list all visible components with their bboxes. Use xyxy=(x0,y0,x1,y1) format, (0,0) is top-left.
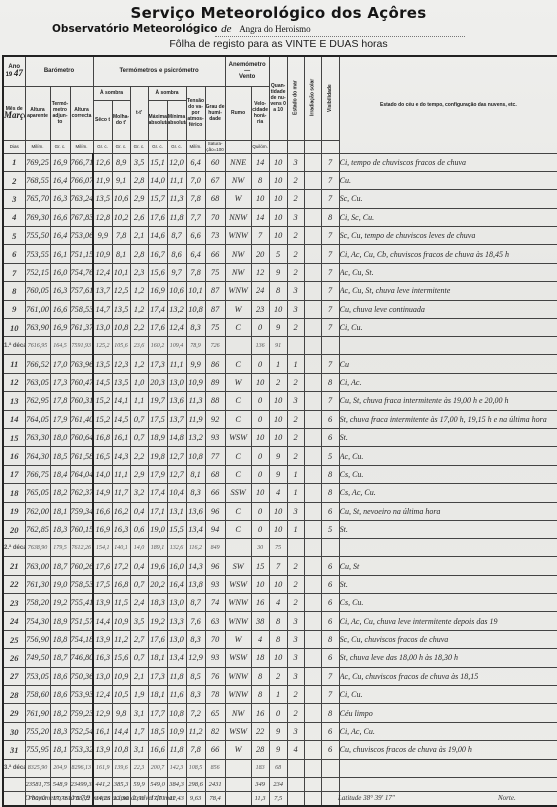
cell-irr xyxy=(304,575,321,593)
cell-seco: 154,1 xyxy=(93,539,112,557)
cell-alt: 8325,90 xyxy=(25,759,50,777)
cell-nuv: 10 xyxy=(269,171,287,189)
cell-corr: 760,26 xyxy=(70,557,93,575)
cell-molh: 8,9 xyxy=(112,153,130,171)
cell-irr xyxy=(304,667,321,685)
cell-vis: 5 xyxy=(321,447,339,465)
cell-tens: 13,6 xyxy=(186,502,205,520)
cell-vel: 20 xyxy=(251,245,269,263)
cell-seco: 13,9 xyxy=(93,741,112,759)
cell-mar: 2 xyxy=(287,447,304,465)
cell-alt: 23581,75 xyxy=(25,777,50,791)
cell-alt: 762,00 xyxy=(25,502,50,520)
cell-corr: 762,37 xyxy=(70,484,93,502)
cell-diff: 1,2 xyxy=(130,355,148,373)
sea-state-header: Estado do mar xyxy=(287,56,304,140)
cell-term: 16,9 xyxy=(50,319,70,337)
cell-molh: 11,1 xyxy=(112,465,130,483)
cell-hum: 2431 xyxy=(205,777,225,791)
table-row: 11766,5217,0763,9613,512,31,217,311,19,9… xyxy=(3,355,557,373)
cell-irr xyxy=(304,465,321,483)
cell-hum: 74 xyxy=(205,594,225,612)
cell-vis: 7 xyxy=(321,190,339,208)
cell-min: 13,6 xyxy=(167,392,186,410)
cell-alt: 763,90 xyxy=(25,319,50,337)
cell-diff: 0,4 xyxy=(130,502,148,520)
cell-corr: 760,64 xyxy=(70,428,93,446)
cell-rumo xyxy=(225,337,251,355)
cell-vis: 7 xyxy=(321,392,339,410)
cell-max: 14,6 xyxy=(148,227,167,245)
cell-hum: 88 xyxy=(205,392,225,410)
cell-seco: 125,2 xyxy=(93,337,112,355)
cell-vel: 0 xyxy=(251,447,269,465)
cell-vis xyxy=(321,759,339,777)
cell-rumo: WNW xyxy=(225,282,251,300)
max-header: Máxima absoluta xyxy=(148,100,167,140)
cell-min: 12,0 xyxy=(167,153,186,171)
observation-rows: 1769,2516,9766,7112,68,93,515,112,06,460… xyxy=(3,153,557,806)
cell-alt: 769,25 xyxy=(25,153,50,171)
cell-nuv: 7 xyxy=(269,557,287,575)
cell-seco: 15,2 xyxy=(93,410,112,428)
sky-description: Cu, St, nevoeiro na última hora xyxy=(339,502,557,520)
cell-alt: 761,00 xyxy=(25,300,50,318)
cell-vis xyxy=(321,539,339,557)
cell-diff: 59,9 xyxy=(130,777,148,791)
sum-label xyxy=(3,777,25,791)
cell-hum: 82 xyxy=(205,722,225,740)
cell-tens: 7,0 xyxy=(186,171,205,189)
cell-hum: 96 xyxy=(205,557,225,575)
cell-term: 18,5 xyxy=(50,447,70,465)
observatory-label: Observatório Meteorológico xyxy=(52,23,217,35)
month-cell: Mês deMarço xyxy=(3,86,25,140)
cell-nuv: 7,5 xyxy=(269,791,287,806)
cell-vis: 6 xyxy=(321,741,339,759)
cell-alt: 755,95 xyxy=(25,741,50,759)
unit-cell: Gr. c. xyxy=(112,140,130,153)
cell-vel: 349 xyxy=(251,777,269,791)
sky-description: Sc, Cu. xyxy=(339,190,557,208)
cell-mar: 2 xyxy=(287,227,304,245)
cell-diff: 1,2 xyxy=(130,282,148,300)
cell-seco: 12,8 xyxy=(93,208,112,226)
cell-max: 17,7 xyxy=(148,704,167,722)
table-row: 5755,5016,4753,069,97,82,114,68,76,673WN… xyxy=(3,227,557,245)
table-row: 14764,0517,9761,4015,214,50,717,513,711,… xyxy=(3,410,557,428)
cell-diff: 2,4 xyxy=(130,594,148,612)
cell-term: 16,3 xyxy=(50,282,70,300)
cell-tens: 7,8 xyxy=(186,190,205,208)
cell-vel: 11,3 xyxy=(251,791,269,806)
latitude-direction: Norte. xyxy=(498,794,516,802)
cell-vel: 8 xyxy=(251,171,269,189)
cell-max: 20,2 xyxy=(148,575,167,593)
day-number: 27 xyxy=(3,667,25,685)
cell-alt: 755,50 xyxy=(25,227,50,245)
shade-header-1: À sombra xyxy=(93,86,130,100)
cell-rumo: W xyxy=(225,300,251,318)
sky-description: Ac, Cu. xyxy=(339,447,557,465)
cell-nuv: 10 xyxy=(269,649,287,667)
cell-nuv: 8 xyxy=(269,630,287,648)
cell-vis: 8 xyxy=(321,373,339,391)
cell-molh: 11,5 xyxy=(112,594,130,612)
cell-corr: 7591,93 xyxy=(70,337,93,355)
cell-corr: 760,47 xyxy=(70,373,93,391)
cell-nuv: 10 xyxy=(269,428,287,446)
cell-corr: 760,15 xyxy=(70,520,93,538)
cell-term: 18,3 xyxy=(50,722,70,740)
cell-max: 17,3 xyxy=(148,667,167,685)
wind-speed-header: Velo-cidade horá-ria xyxy=(251,86,269,140)
sky-description xyxy=(339,337,557,355)
cell-seco: 17,5 xyxy=(93,575,112,593)
cell-nuv: 9 xyxy=(269,741,287,759)
cell-nuv: 91 xyxy=(269,337,287,355)
sky-description: St, chuva fraca intermitente às 17,00 h,… xyxy=(339,410,557,428)
cell-min: 11,8 xyxy=(167,208,186,226)
cell-mar: 3 xyxy=(287,667,304,685)
cell-vel: 10 xyxy=(251,484,269,502)
cell-molh: 16,3 xyxy=(112,520,130,538)
cell-max: 20,3 xyxy=(148,373,167,391)
cell-rumo xyxy=(225,759,251,777)
cell-vis: 7 xyxy=(321,282,339,300)
cell-min: 9,7 xyxy=(167,263,186,281)
cell-vis xyxy=(321,791,339,806)
unit-cell: Gr. c. xyxy=(167,140,186,153)
sky-description: Cu, St xyxy=(339,557,557,575)
cell-seco: 14,4 xyxy=(93,612,112,630)
cell-seco: 12,4 xyxy=(93,686,112,704)
cell-mar: 2 xyxy=(287,245,304,263)
cell-corr: 8296,13 xyxy=(70,759,93,777)
unit-cell xyxy=(321,140,339,153)
cell-max: 17,1 xyxy=(148,502,167,520)
cell-vel: 24 xyxy=(251,282,269,300)
cell-term: 18,6 xyxy=(50,686,70,704)
cell-vis: 7 xyxy=(321,319,339,337)
cell-vel: 136 xyxy=(251,337,269,355)
observation-table: Ano 19 47 Barómetro Termómetros e psicró… xyxy=(2,55,557,807)
cell-molh: 16,1 xyxy=(112,428,130,446)
cell-mar: 2 xyxy=(287,263,304,281)
cell-corr: 758,53 xyxy=(70,300,93,318)
cell-seco: 14,0 xyxy=(93,465,112,483)
cell-molh: 9,1 xyxy=(112,171,130,189)
sky-description: Ci, tempo de chuviscos fracos de chuva xyxy=(339,153,557,171)
cell-nuv: 234 xyxy=(269,777,287,791)
cell-corr: 755,41 xyxy=(70,594,93,612)
cell-irr xyxy=(304,557,321,575)
cell-vis: 6 xyxy=(321,557,339,575)
cell-diff: 2,2 xyxy=(130,447,148,465)
cell-vis xyxy=(321,777,339,791)
table-row: 9761,0016,6758,5314,713,51,217,413,210,8… xyxy=(3,300,557,318)
cell-vel: 0 xyxy=(251,410,269,428)
cell-vis: 8 xyxy=(321,704,339,722)
cell-vis: 6 xyxy=(321,502,339,520)
cell-alt: 763,05 xyxy=(25,373,50,391)
cell-min: 11,6 xyxy=(167,686,186,704)
cell-mar xyxy=(287,337,304,355)
decade-summary-row: 2.ª década7638,90179,57612,26154,1140,11… xyxy=(3,539,557,557)
sky-description: Cu xyxy=(339,355,557,373)
day-number: 23 xyxy=(3,594,25,612)
cell-tens: 10,8 xyxy=(186,300,205,318)
cell-alt: 764,05 xyxy=(25,410,50,428)
day-number: 6 xyxy=(3,245,25,263)
cell-min: 8,7 xyxy=(167,227,186,245)
day-number: 21 xyxy=(3,557,25,575)
cell-vel: 8 xyxy=(251,686,269,704)
clouds-header: Quan-tidade de nu-vens 0 a 10 xyxy=(269,56,287,140)
cell-irr xyxy=(304,171,321,189)
cell-corr: 754,76 xyxy=(70,263,93,281)
cell-diff: 2,8 xyxy=(130,245,148,263)
cell-mar: 3 xyxy=(287,282,304,300)
wet-header: Molha-do t' xyxy=(112,100,130,140)
cell-nuv: 1 xyxy=(269,686,287,704)
cell-seco: 12,4 xyxy=(93,263,112,281)
cell-hum: 67 xyxy=(205,171,225,189)
cell-vis: 6 xyxy=(321,722,339,740)
cell-min: 109,4 xyxy=(167,337,186,355)
cell-max: 19,6 xyxy=(148,557,167,575)
cell-max: 15,6 xyxy=(148,263,167,281)
cell-rumo: NW xyxy=(225,245,251,263)
cell-vel: 4 xyxy=(251,630,269,648)
cell-tens: 11,3 xyxy=(186,392,205,410)
cell-diff: 1,7 xyxy=(130,722,148,740)
cell-hum: 73 xyxy=(205,227,225,245)
day-number: 9 xyxy=(3,300,25,318)
cell-irr xyxy=(304,502,321,520)
day-number: 16 xyxy=(3,447,25,465)
cell-vis: 7 xyxy=(321,263,339,281)
cell-mar: 3 xyxy=(287,153,304,171)
cell-diff: 0,7 xyxy=(130,575,148,593)
cell-alt: 760,05 xyxy=(25,282,50,300)
cell-max: 18,3 xyxy=(148,594,167,612)
cell-rumo: SSW xyxy=(225,484,251,502)
table-row: 20762,8518,3760,1516,916,30,619,015,513,… xyxy=(3,520,557,538)
cell-max: 189,1 xyxy=(148,539,167,557)
cell-seco: 16,8 xyxy=(93,428,112,446)
cell-mar: 3 xyxy=(287,208,304,226)
cell-vel: 12 xyxy=(251,263,269,281)
cell-irr xyxy=(304,686,321,704)
cell-max: 19,8 xyxy=(148,447,167,465)
cell-diff: 2,7 xyxy=(130,630,148,648)
cell-vis: 7 xyxy=(321,300,339,318)
min-header: Mínima absoluta xyxy=(167,100,186,140)
cell-max: 17,6 xyxy=(148,630,167,648)
cell-molh: 9,8 xyxy=(112,704,130,722)
cell-hum: 93 xyxy=(205,575,225,593)
cell-min: 13,3 xyxy=(167,612,186,630)
cell-nuv: 10 xyxy=(269,410,287,428)
sheet-subtitle: Fôlha de registo para as VINTE E DUAS ho… xyxy=(0,38,557,50)
cell-irr xyxy=(304,300,321,318)
cell-irr xyxy=(304,649,321,667)
cell-max: 19,0 xyxy=(148,520,167,538)
cell-mar: 2 xyxy=(287,410,304,428)
cell-hum: 70 xyxy=(205,208,225,226)
cell-max: 18,1 xyxy=(148,649,167,667)
day-number: 26 xyxy=(3,649,25,667)
sky-description: Ci, Ac, Cu, Cb, chuviscos fracos de chuv… xyxy=(339,245,557,263)
cell-hum: 856 xyxy=(205,759,225,777)
sky-description: Ci, Ac. xyxy=(339,373,557,391)
cell-term: 16,4 xyxy=(50,227,70,245)
cell-diff: 14,0 xyxy=(130,539,148,557)
decade-label: 3.ª década xyxy=(3,759,25,777)
cell-tens: 7,2 xyxy=(186,704,205,722)
cell-term: 18,7 xyxy=(50,557,70,575)
cell-diff: 3,1 xyxy=(130,741,148,759)
cell-nuv: 1 xyxy=(269,355,287,373)
cell-mar xyxy=(287,777,304,791)
cell-max: 200,7 xyxy=(148,759,167,777)
cell-rumo: NW xyxy=(225,171,251,189)
cell-tens: 9,9 xyxy=(186,355,205,373)
cell-tens: 10,8 xyxy=(186,447,205,465)
cell-max: 17,6 xyxy=(148,208,167,226)
cell-hum: 78,4 xyxy=(205,791,225,806)
year-cell: Ano 19 47 xyxy=(3,56,25,86)
sky-description: Ci, Cu. xyxy=(339,686,557,704)
cell-nuv: 10 xyxy=(269,502,287,520)
cell-irr xyxy=(304,263,321,281)
cell-term: 17,9 xyxy=(50,410,70,428)
cell-rumo xyxy=(225,791,251,806)
cell-min: 384,3 xyxy=(167,777,186,791)
cell-max: 17,4 xyxy=(148,484,167,502)
cell-term: 17,8 xyxy=(50,392,70,410)
cell-seco: 161,9 xyxy=(93,759,112,777)
cell-tens: 116,2 xyxy=(186,539,205,557)
cell-mar: 2 xyxy=(287,575,304,593)
cell-vis: 8 xyxy=(321,484,339,502)
cell-vel: 23 xyxy=(251,300,269,318)
cell-min: 13,4 xyxy=(167,649,186,667)
cell-tens: 10,1 xyxy=(186,282,205,300)
cell-rumo: WNW xyxy=(225,667,251,685)
cell-tens: 7,6 xyxy=(186,612,205,630)
cell-corr: 766,07 xyxy=(70,171,93,189)
table-row: 25756,9018,8754,1813,911,22,717,613,08,3… xyxy=(3,630,557,648)
cell-tens: 13,4 xyxy=(186,520,205,538)
cell-hum: 93 xyxy=(205,428,225,446)
cell-mar: 3 xyxy=(287,649,304,667)
cell-diff: 1,2 xyxy=(130,300,148,318)
cell-rumo: C xyxy=(225,319,251,337)
cell-min: 13,2 xyxy=(167,300,186,318)
day-number: 19 xyxy=(3,502,25,520)
table-row: 23758,2019,2755,4113,911,52,418,313,08,7… xyxy=(3,594,557,612)
cell-hum: 93 xyxy=(205,649,225,667)
cell-min: 13,0 xyxy=(167,594,186,612)
cell-vel: 0 xyxy=(251,319,269,337)
cell-term: 18,6 xyxy=(50,667,70,685)
sky-description: Cs, Ac, Cu. xyxy=(339,484,557,502)
cell-nuv: 10 xyxy=(269,392,287,410)
cell-seco: 16,6 xyxy=(93,502,112,520)
cell-max: 17,4 xyxy=(148,300,167,318)
cell-alt: 768,55 xyxy=(25,171,50,189)
cell-hum: 66 xyxy=(205,484,225,502)
cell-rumo: SW xyxy=(225,557,251,575)
cell-tens: 6,4 xyxy=(186,153,205,171)
cell-seco: 13,0 xyxy=(93,667,112,685)
cell-min: 11,8 xyxy=(167,741,186,759)
unit-cell xyxy=(287,140,304,153)
cell-mar: 2 xyxy=(287,594,304,612)
cell-alt: 763,00 xyxy=(25,557,50,575)
cell-nuv: 75 xyxy=(269,539,287,557)
cell-alt: 764,30 xyxy=(25,447,50,465)
cell-hum: 86 xyxy=(205,355,225,373)
cell-term: 16,6 xyxy=(50,208,70,226)
cell-term: 16,6 xyxy=(50,300,70,318)
unit-cell: Quilóm. xyxy=(251,140,269,153)
cell-nuv: 4 xyxy=(269,484,287,502)
day-number: 8 xyxy=(3,282,25,300)
cell-min: 12,4 xyxy=(167,319,186,337)
cell-seco: 12,6 xyxy=(93,153,112,171)
sky-description xyxy=(339,759,557,777)
cell-irr xyxy=(304,428,321,446)
cell-min: 10,4 xyxy=(167,484,186,502)
cell-tens: 12,9 xyxy=(186,649,205,667)
cell-molh: 10,1 xyxy=(112,263,130,281)
cell-corr: 760,31 xyxy=(70,392,93,410)
cell-hum: 77 xyxy=(205,447,225,465)
decade-label: 2.ª década xyxy=(3,539,25,557)
cell-diff: 0,6 xyxy=(130,520,148,538)
cell-diff: 2,6 xyxy=(130,208,148,226)
cell-term: 18,8 xyxy=(50,630,70,648)
thermometers-header: Termómetros e psicrómetro xyxy=(93,56,225,86)
cell-hum: 76 xyxy=(205,667,225,685)
cell-mar: 3 xyxy=(287,300,304,318)
cell-nuv: 2 xyxy=(269,667,287,685)
cell-alt: 758,20 xyxy=(25,594,50,612)
barometer-note: O barómetro está a 7,9 metros acima do n… xyxy=(25,794,175,802)
cell-tens: 13,2 xyxy=(186,428,205,446)
cell-max: 16,9 xyxy=(148,282,167,300)
cell-max: 17,9 xyxy=(148,465,167,483)
cell-diff: 1,1 xyxy=(130,392,148,410)
cell-term: 18,7 xyxy=(50,649,70,667)
cell-alt: 755,20 xyxy=(25,722,50,740)
cell-corr: 759,34 xyxy=(70,502,93,520)
table-row: 2768,5516,4766,0711,99,12,814,011,17,067… xyxy=(3,171,557,189)
table-row: 18765,0518,2762,3714,911,73,217,410,48,3… xyxy=(3,484,557,502)
cell-seco: 15,2 xyxy=(93,392,112,410)
cell-rumo: C xyxy=(225,355,251,373)
day-number: 7 xyxy=(3,263,25,281)
sky-description: Ac, Cu, St, chuva leve intermitente xyxy=(339,282,557,300)
day-number: 22 xyxy=(3,575,25,593)
day-number: 25 xyxy=(3,630,25,648)
cell-hum: 75 xyxy=(205,319,225,337)
cell-seco: 10,9 xyxy=(93,245,112,263)
cell-max: 160,2 xyxy=(148,337,167,355)
